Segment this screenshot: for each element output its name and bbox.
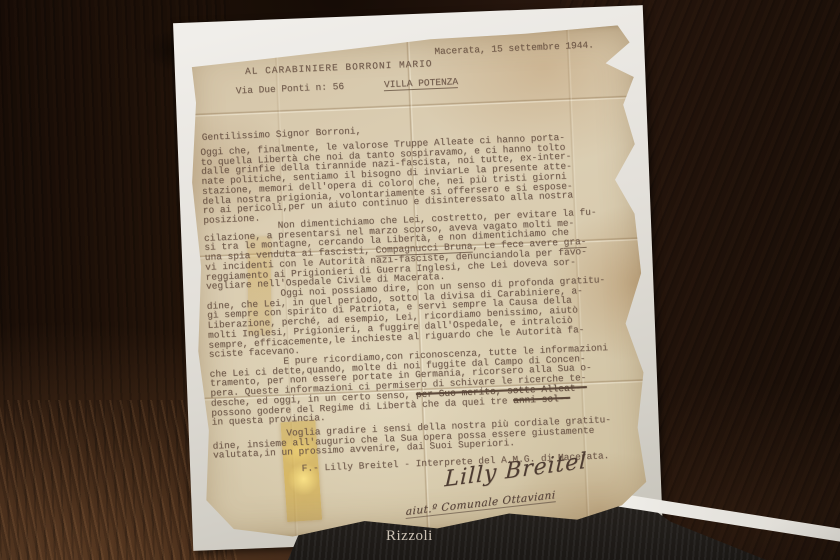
struck-text: anni sol--: [513, 392, 570, 405]
address-gap: [344, 87, 384, 89]
letter-content: Macerata, 15 settembre 1944. AL CARABINI…: [196, 25, 646, 540]
salutation: Gentilissimo Signor Borroni,: [202, 126, 362, 142]
recipient-address: Via Due Ponti n: 56VILLA POTENZA: [236, 77, 459, 96]
paragraph-4: E pure ricordiamo,con riconoscenza, tutt…: [209, 343, 611, 428]
recipient-street: Via Due Ponti n: 56: [236, 81, 345, 97]
publisher-credit: Rizzoli: [386, 528, 433, 545]
secondary-signature: aiut.º Comunale Ottaviani: [406, 491, 556, 519]
recipient-name: AL CARABINIERE BORRONI MARIO: [245, 59, 433, 77]
letter-document: Macerata, 15 settembre 1944. AL CARABINI…: [182, 25, 654, 540]
recipient-city: VILLA POTENZA: [384, 76, 459, 91]
letter-date: Macerata, 15 settembre 1944.: [434, 40, 594, 56]
photo-of-letter: Rizzoli Macerata, 15 settembre 1944. AL …: [0, 0, 840, 560]
